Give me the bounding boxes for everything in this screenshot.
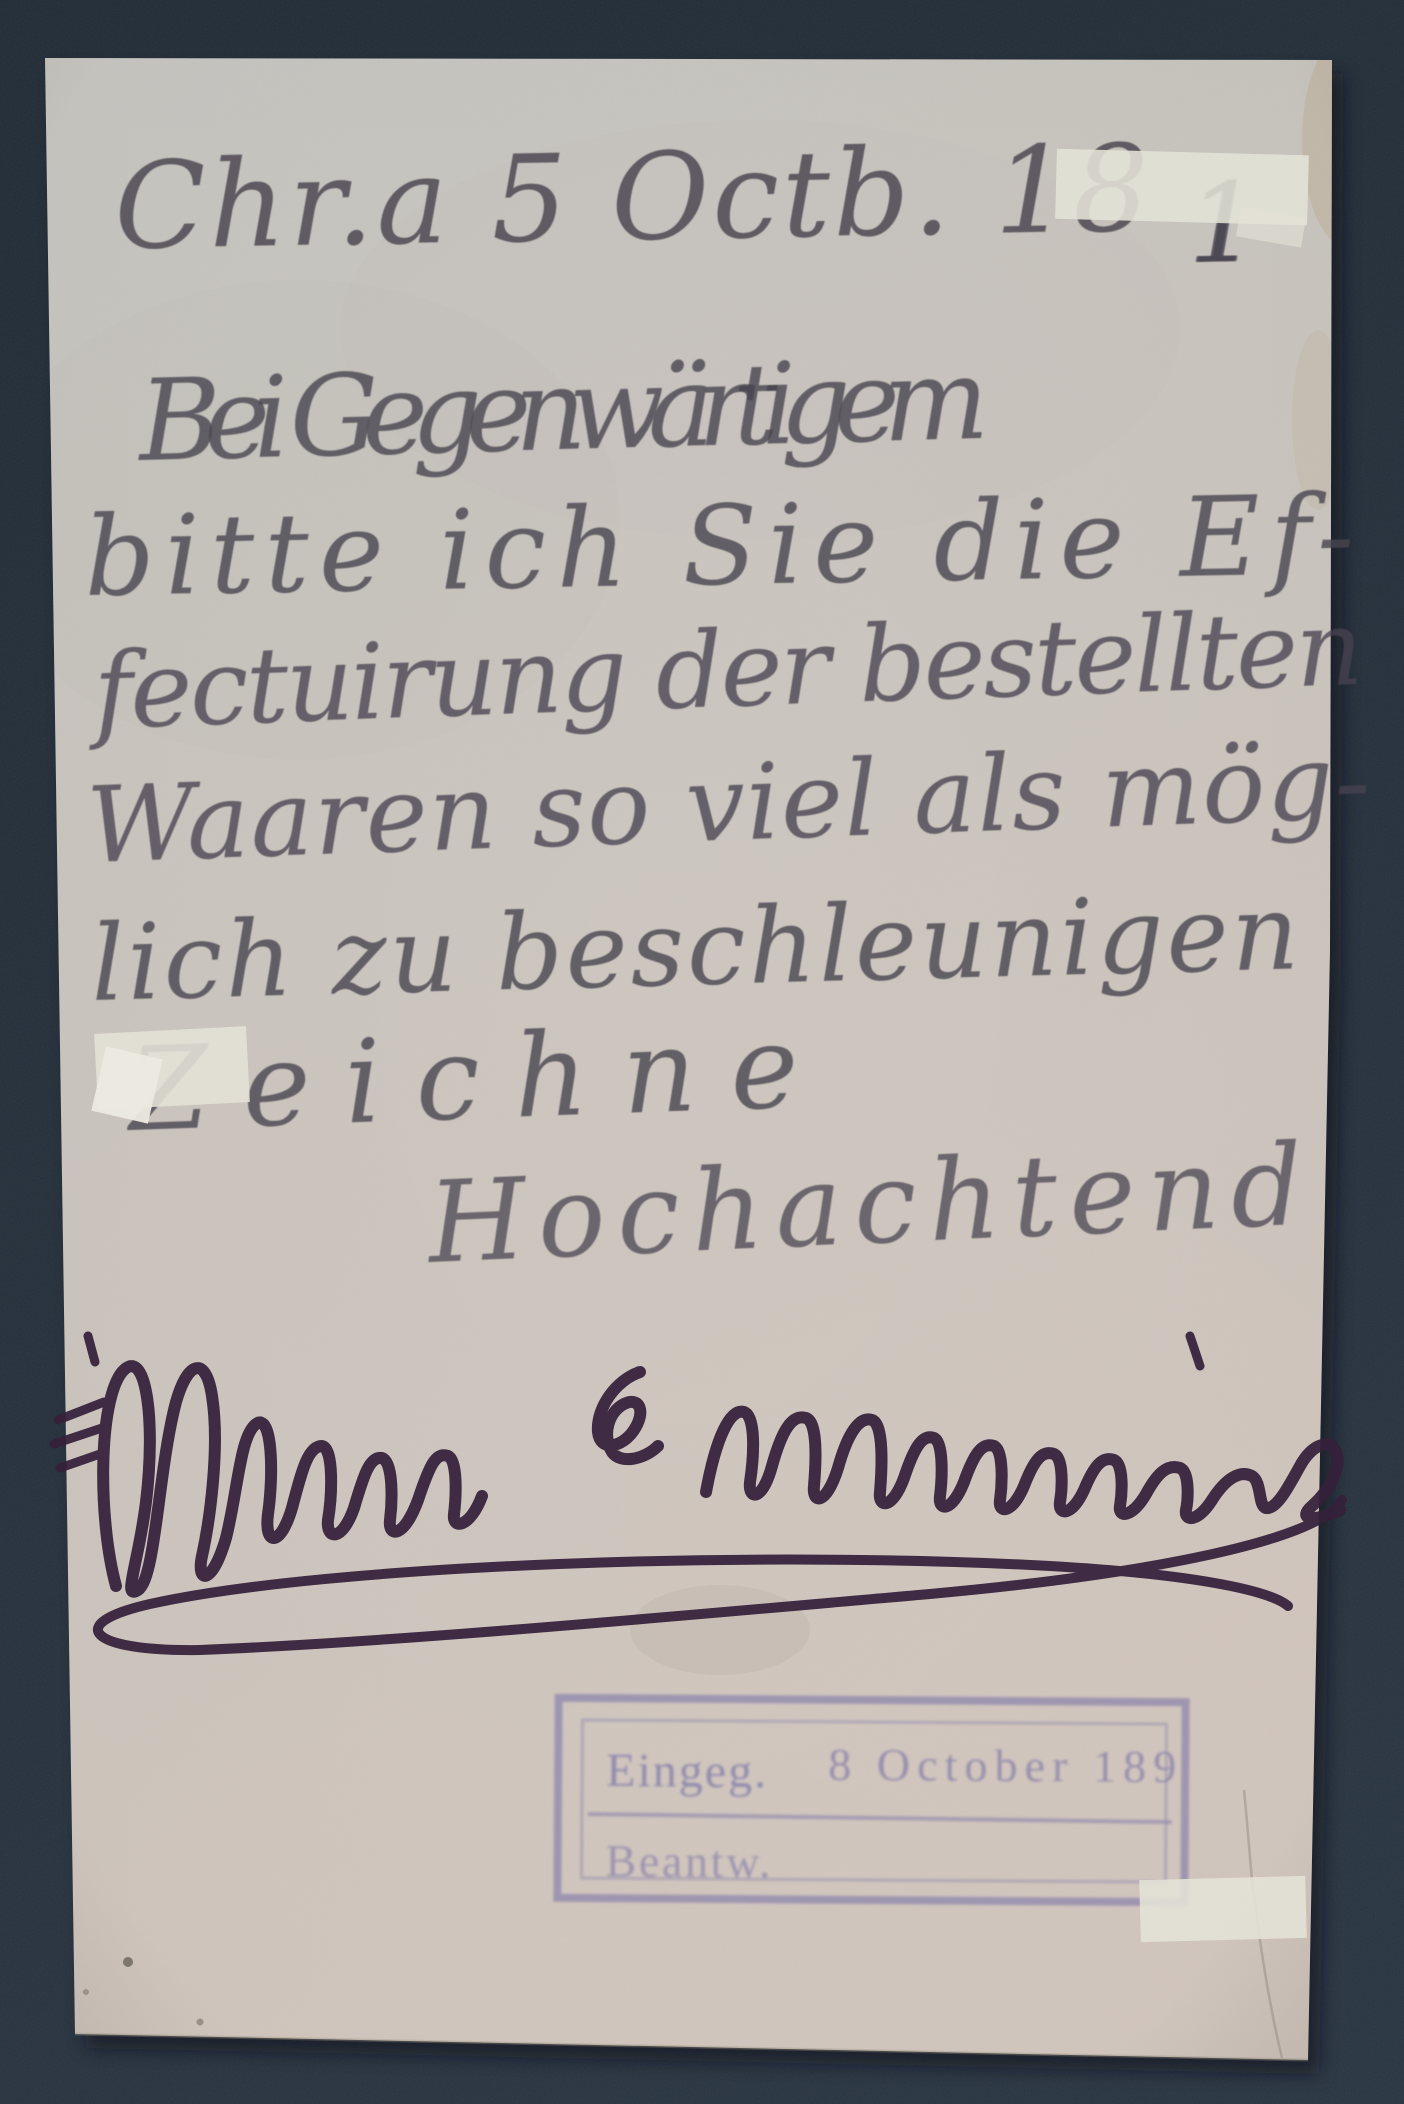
tape-bottom-right	[1139, 1876, 1307, 1942]
paper-speck	[123, 1957, 133, 1967]
postcard: Chr.a 5 Octb. 18 11 Bei Gegenwärtigem bi…	[0, 30, 1402, 2068]
postcard-photo: Chr.a 5 Octb. 18 11 Bei Gegenwärtigem bi…	[0, 0, 1404, 2104]
stamp-received-label: Eingeg.	[606, 1744, 771, 1798]
paper-speck	[83, 1989, 89, 1995]
photo-backdrop: Chr.a 5 Octb. 18 11 Bei Gegenwärtigem bi…	[0, 0, 1404, 2104]
body-line-1: Bei Gegenwärtigem	[135, 335, 990, 487]
stamp-received-date: 8 October 189	[828, 1739, 1180, 1792]
paper-speck	[197, 2019, 204, 2026]
date-line: Chr.a 5 Octb. 18	[113, 120, 1150, 277]
stamp-answered-label: Beantw.	[605, 1835, 775, 1887]
